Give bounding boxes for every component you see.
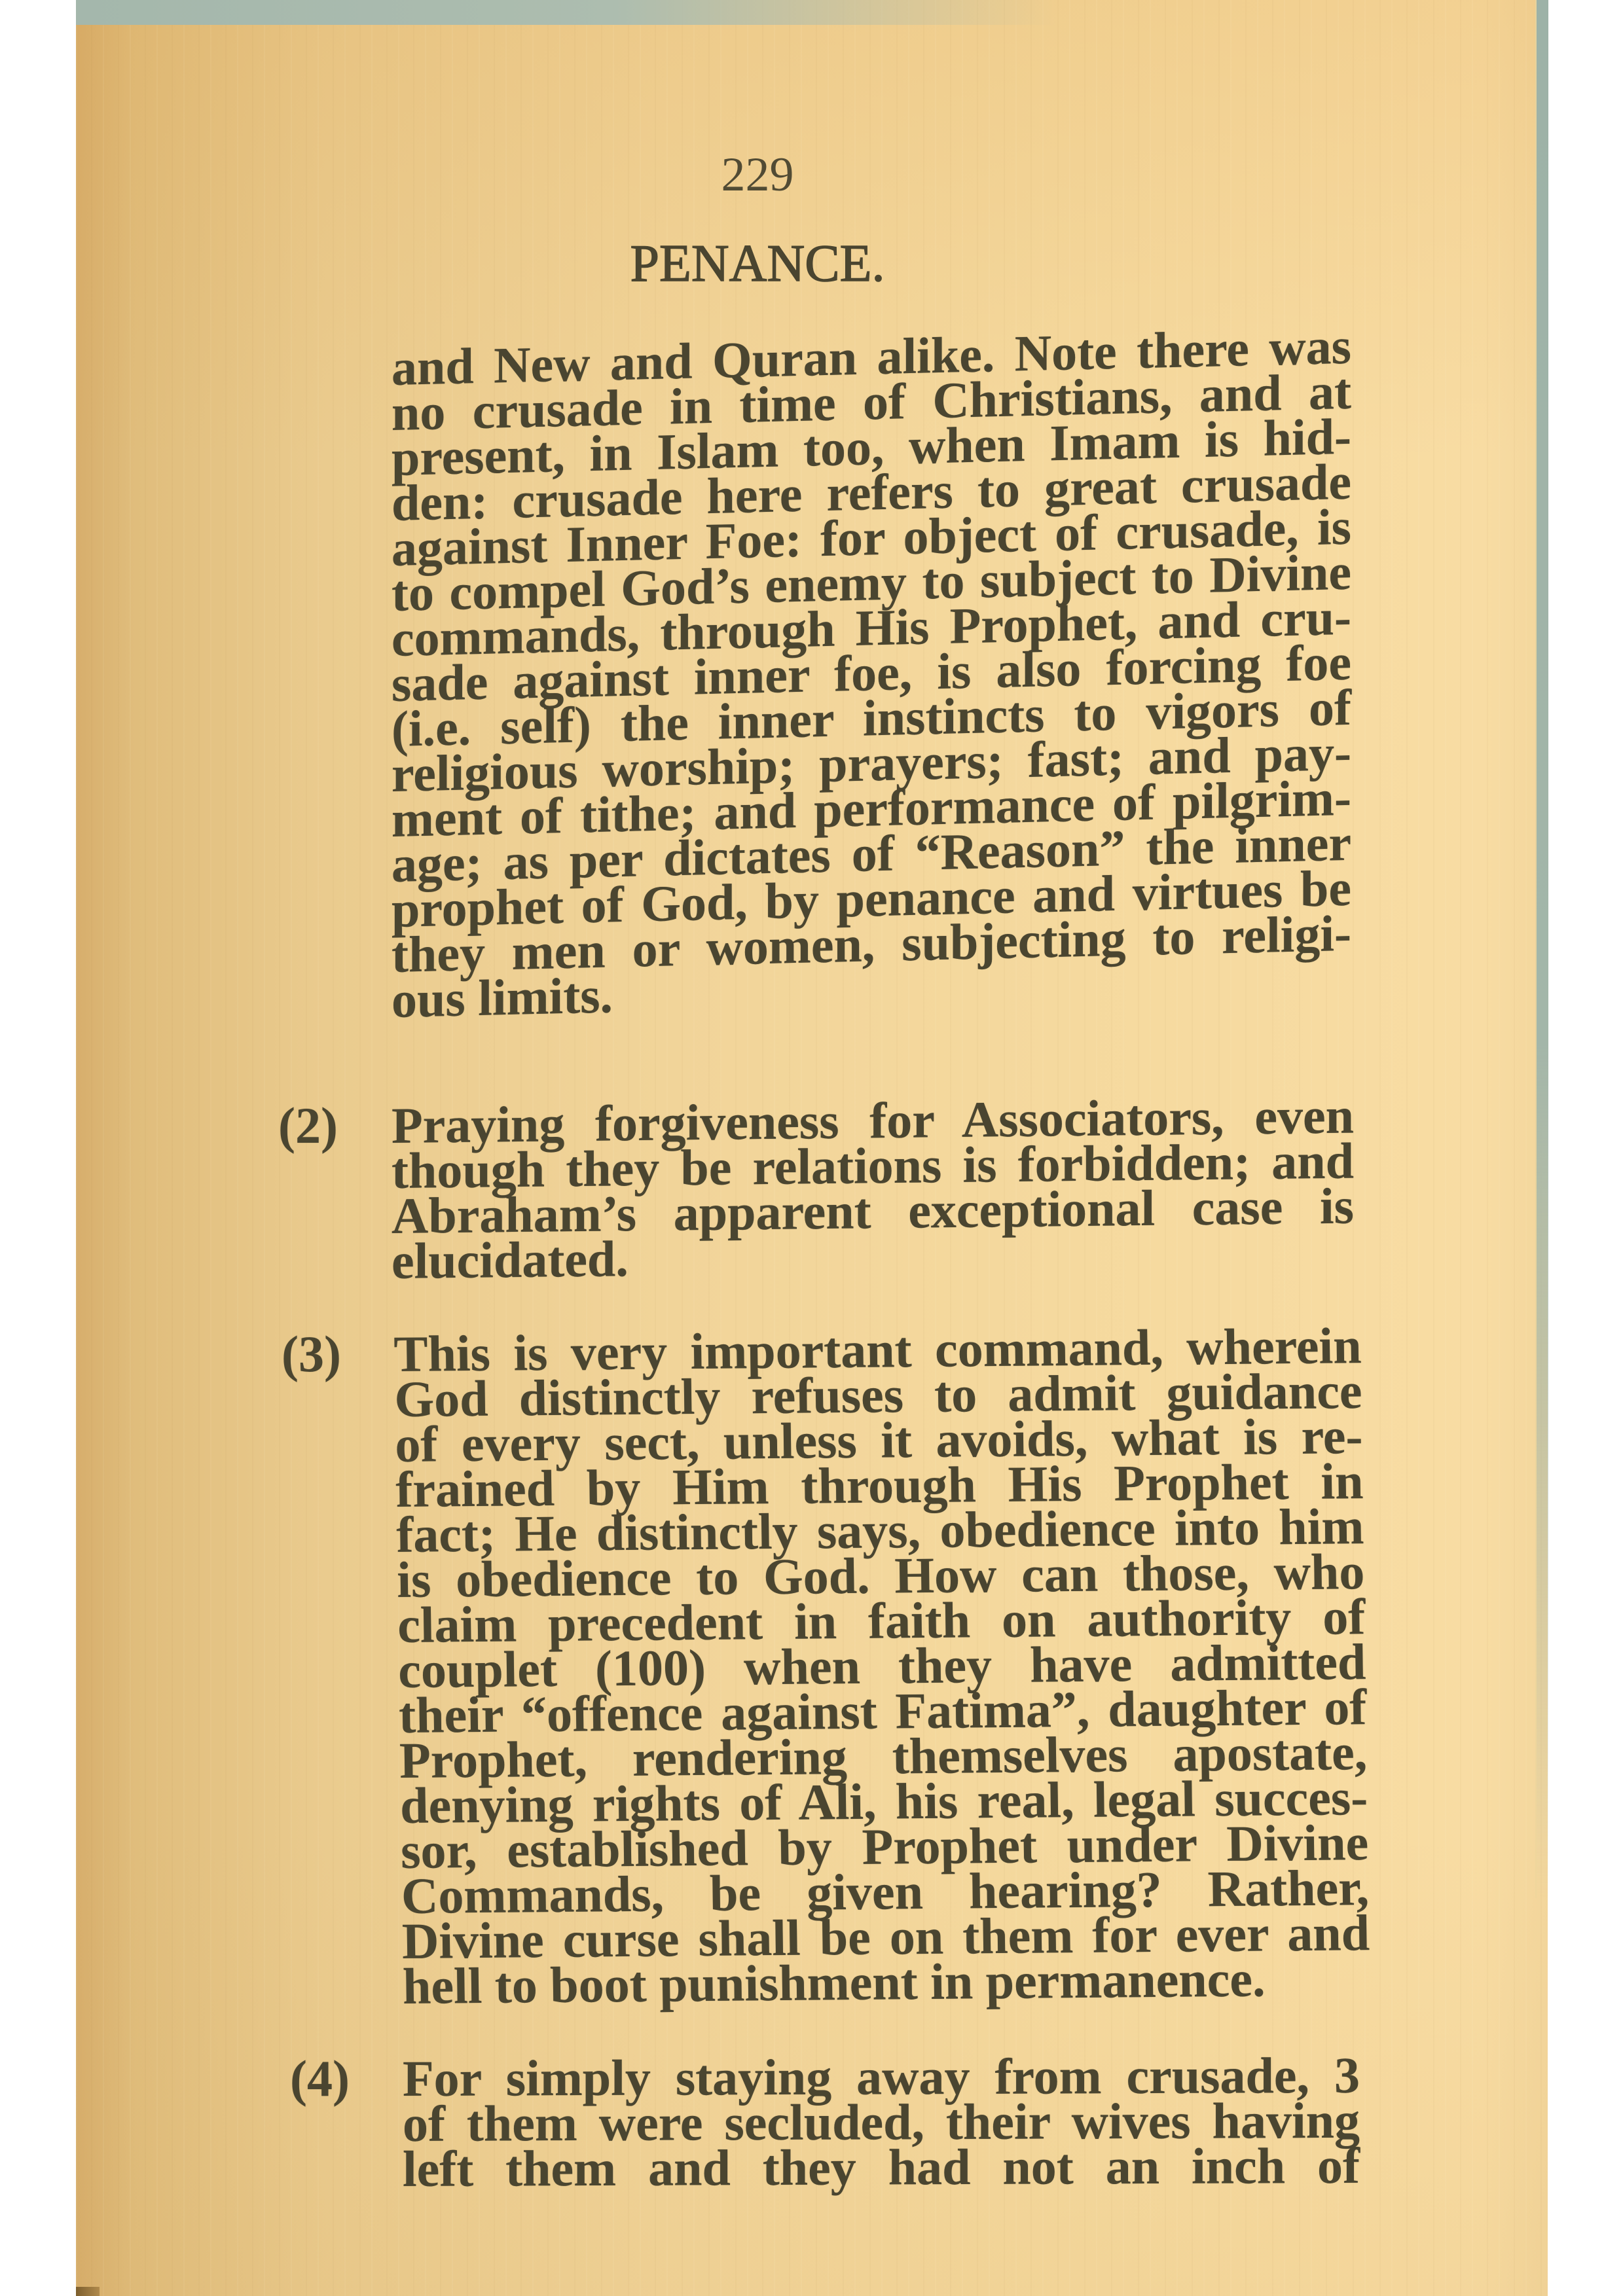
- page-corner-shadow: [76, 2287, 100, 2296]
- numbered-paragraph-3: This is very important command, wherein …: [393, 1323, 1370, 2009]
- page-number: 229: [561, 151, 954, 199]
- paragraph-continued: and New and Quran alike. Note there was …: [392, 323, 1351, 1022]
- numbered-paragraph-2: Praying forgiveness for Associators, eve…: [392, 1093, 1354, 1283]
- list-marker: (3): [282, 1331, 341, 1376]
- scan-top-edge-strip: [76, 0, 1058, 25]
- text-line: Abraham’s apparent exceptional case is: [392, 1183, 1354, 1238]
- scan-right-edge-strip: [1535, 0, 1548, 1898]
- list-marker: (2): [278, 1103, 338, 1148]
- text-line: left them and they had not an inch of: [403, 2143, 1360, 2191]
- text-line: hell to boot punishment in permanence.: [402, 1955, 1370, 2009]
- scanned-book-page: 229 PENANCE. and New and Quran alike. No…: [0, 0, 1623, 2296]
- running-head-title: PENANCE.: [561, 238, 954, 290]
- list-marker: (4): [290, 2056, 350, 2101]
- numbered-paragraph-4: For simply staying away from crusade, 3 …: [403, 2053, 1360, 2191]
